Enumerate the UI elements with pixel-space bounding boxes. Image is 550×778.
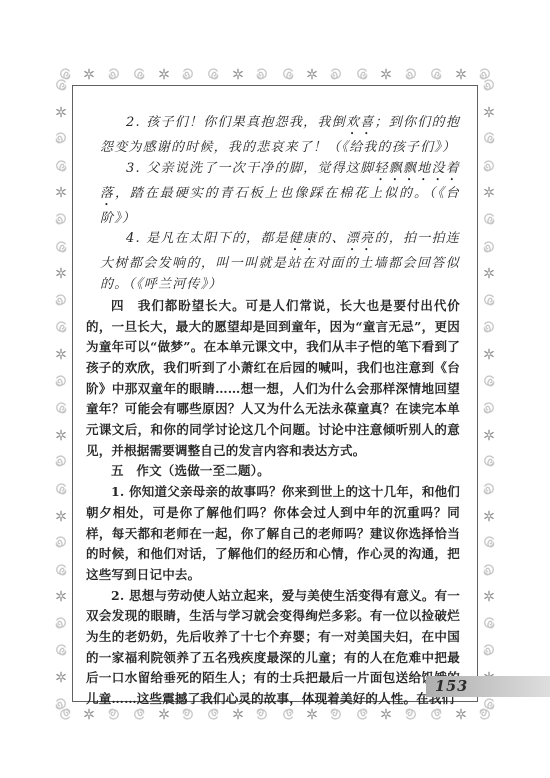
text-run: 2. 孩子们！你们果真抱怨我，我倒 bbox=[126, 115, 346, 130]
spiral-ornament-icon bbox=[281, 67, 295, 81]
starburst-ornament-icon bbox=[483, 267, 495, 279]
spiral-ornament-icon bbox=[482, 240, 496, 254]
starburst-ornament-icon bbox=[483, 429, 495, 441]
paragraph: 4. 是凡在太阳下的，都是健康的、漂亮的，拍一拍连大树都会发响的，叫一叫就是站在… bbox=[100, 229, 460, 295]
text-run: 五 作文（选做一至二题）。 bbox=[111, 463, 270, 478]
spiral-ornament-icon bbox=[54, 320, 68, 334]
spiral-ornament-icon bbox=[54, 374, 68, 388]
page-number: 153 bbox=[426, 678, 468, 695]
spiral-ornament-icon bbox=[54, 293, 68, 307]
paragraph: 五 作文（选做一至二题）。 bbox=[86, 461, 460, 482]
starburst-ornament-icon bbox=[55, 348, 67, 360]
starburst-ornament-icon bbox=[455, 68, 467, 80]
spiral-ornament-icon bbox=[54, 643, 68, 657]
starburst-ornament-icon bbox=[83, 68, 95, 80]
spiral-ornament-icon bbox=[54, 78, 68, 92]
spiral-ornament-icon bbox=[107, 67, 121, 81]
spiral-ornament-icon bbox=[54, 697, 68, 711]
starburst-ornament-icon bbox=[306, 68, 318, 80]
spiral-ornament-icon bbox=[404, 67, 418, 81]
starburst-ornament-icon bbox=[483, 510, 495, 522]
spiral-ornament-icon bbox=[206, 67, 220, 81]
spiral-ornament-icon bbox=[482, 535, 496, 549]
text-run: 的、 bbox=[317, 231, 346, 246]
border-ornament-top bbox=[58, 66, 492, 82]
spiral-ornament-icon bbox=[355, 67, 369, 81]
page-frame: 2. 孩子们！你们果真抱怨我，我倒欢喜；到你们的抱怨变为感谢的时候，我的悲哀来了… bbox=[72, 85, 478, 702]
spiral-ornament-icon bbox=[329, 67, 343, 81]
spiral-ornament-icon bbox=[54, 159, 68, 173]
page-number-bar: 153 bbox=[426, 676, 550, 697]
spiral-ornament-icon bbox=[482, 454, 496, 468]
border-ornament-left bbox=[53, 78, 69, 711]
starburst-ornament-icon bbox=[380, 68, 392, 80]
emphasized-text: 漂亮 bbox=[346, 231, 375, 246]
text-run: 3. 父亲说洗了一次干净的脚，觉得这脚 bbox=[126, 161, 374, 176]
starburst-ornament-icon bbox=[158, 68, 170, 80]
spiral-ornament-icon bbox=[54, 535, 68, 549]
paragraph: 四 我们都盼望长大。可是人们常说，长大也是要付出代价的，一旦长大，最大的愿望却是… bbox=[86, 296, 460, 462]
spiral-ornament-icon bbox=[482, 401, 496, 415]
paragraph: 2. 孩子们！你们果真抱怨我，我倒欢喜；到你们的抱怨变为感谢的时候，我的悲哀来了… bbox=[100, 113, 460, 159]
spiral-ornament-icon bbox=[482, 643, 496, 657]
book-page: 2. 孩子们！你们果真抱怨我，我倒欢喜；到你们的抱怨变为感谢的时候，我的悲哀来了… bbox=[0, 0, 550, 778]
paragraph: 2. 思想与劳动使人站立起来，爱与美使生活变得有意义。有一双会发现的眼睛，生活与… bbox=[86, 586, 460, 710]
text-body: 2. 孩子们！你们果真抱怨我，我倒欢喜；到你们的抱怨变为感谢的时候，我的悲哀来了… bbox=[86, 113, 460, 710]
spiral-ornament-icon bbox=[482, 563, 496, 577]
spiral-ornament-icon bbox=[482, 159, 496, 173]
emphasized-text: 欢喜 bbox=[346, 115, 375, 130]
spiral-ornament-icon bbox=[482, 482, 496, 496]
starburst-ornament-icon bbox=[55, 590, 67, 602]
spiral-ornament-icon bbox=[58, 67, 72, 81]
starburst-ornament-icon bbox=[232, 68, 244, 80]
spiral-ornament-icon bbox=[482, 616, 496, 630]
spiral-ornament-icon bbox=[255, 67, 269, 81]
spiral-ornament-icon bbox=[482, 78, 496, 92]
starburst-ornament-icon bbox=[55, 106, 67, 118]
text-run: 1. 你知道父亲母亲的故事吗？你来到世上的这十几年，和他们朝夕相处，可是你了解他… bbox=[86, 484, 460, 582]
spiral-ornament-icon bbox=[54, 401, 68, 415]
starburst-ornament-icon bbox=[55, 671, 67, 683]
text-run: 四 我们都盼望长大。可是人们常说，长大也是要付出代价的，一旦长大，最大的愿望却是… bbox=[86, 298, 460, 458]
spiral-ornament-icon bbox=[482, 212, 496, 226]
spiral-ornament-icon bbox=[482, 131, 496, 145]
spiral-ornament-icon bbox=[482, 374, 496, 388]
emphasized-text: 健康 bbox=[289, 231, 318, 246]
spiral-ornament-icon bbox=[54, 563, 68, 577]
starburst-ornament-icon bbox=[55, 267, 67, 279]
text-run: ，踏在最硬实的青石板上也像踩在棉花上似的。（《台阶》） bbox=[100, 186, 460, 226]
starburst-ornament-icon bbox=[483, 186, 495, 198]
spiral-ornament-icon bbox=[54, 131, 68, 145]
spiral-ornament-icon bbox=[132, 67, 146, 81]
starburst-ornament-icon bbox=[483, 590, 495, 602]
spiral-ornament-icon bbox=[482, 697, 496, 711]
spiral-ornament-icon bbox=[429, 67, 443, 81]
text-run: 4. 是凡在太阳下的，都是 bbox=[126, 231, 289, 246]
spiral-ornament-icon bbox=[478, 707, 492, 721]
spiral-ornament-icon bbox=[181, 67, 195, 81]
spiral-ornament-icon bbox=[54, 212, 68, 226]
spiral-ornament-icon bbox=[58, 707, 72, 721]
spiral-ornament-icon bbox=[54, 454, 68, 468]
starburst-ornament-icon bbox=[55, 186, 67, 198]
paragraph: 3. 父亲说洗了一次干净的脚，觉得这脚轻飘飘地没着落，踏在最硬实的青石板上也像踩… bbox=[100, 159, 460, 230]
starburst-ornament-icon bbox=[483, 348, 495, 360]
spiral-ornament-icon bbox=[478, 67, 492, 81]
border-ornament-right bbox=[481, 78, 497, 711]
paragraph: 1. 你知道父亲母亲的故事吗？你来到世上的这十几年，和他们朝夕相处，可是你了解他… bbox=[86, 482, 460, 586]
spiral-ornament-icon bbox=[54, 482, 68, 496]
text-run: 2. 思想与劳动使人站立起来，爱与美使生活变得有意义。有一双会发现的眼睛，生活与… bbox=[86, 588, 460, 707]
starburst-ornament-icon bbox=[55, 510, 67, 522]
spiral-ornament-icon bbox=[54, 616, 68, 630]
spiral-ornament-icon bbox=[54, 240, 68, 254]
spiral-ornament-icon bbox=[482, 293, 496, 307]
spiral-ornament-icon bbox=[482, 320, 496, 334]
starburst-ornament-icon bbox=[55, 429, 67, 441]
starburst-ornament-icon bbox=[483, 106, 495, 118]
